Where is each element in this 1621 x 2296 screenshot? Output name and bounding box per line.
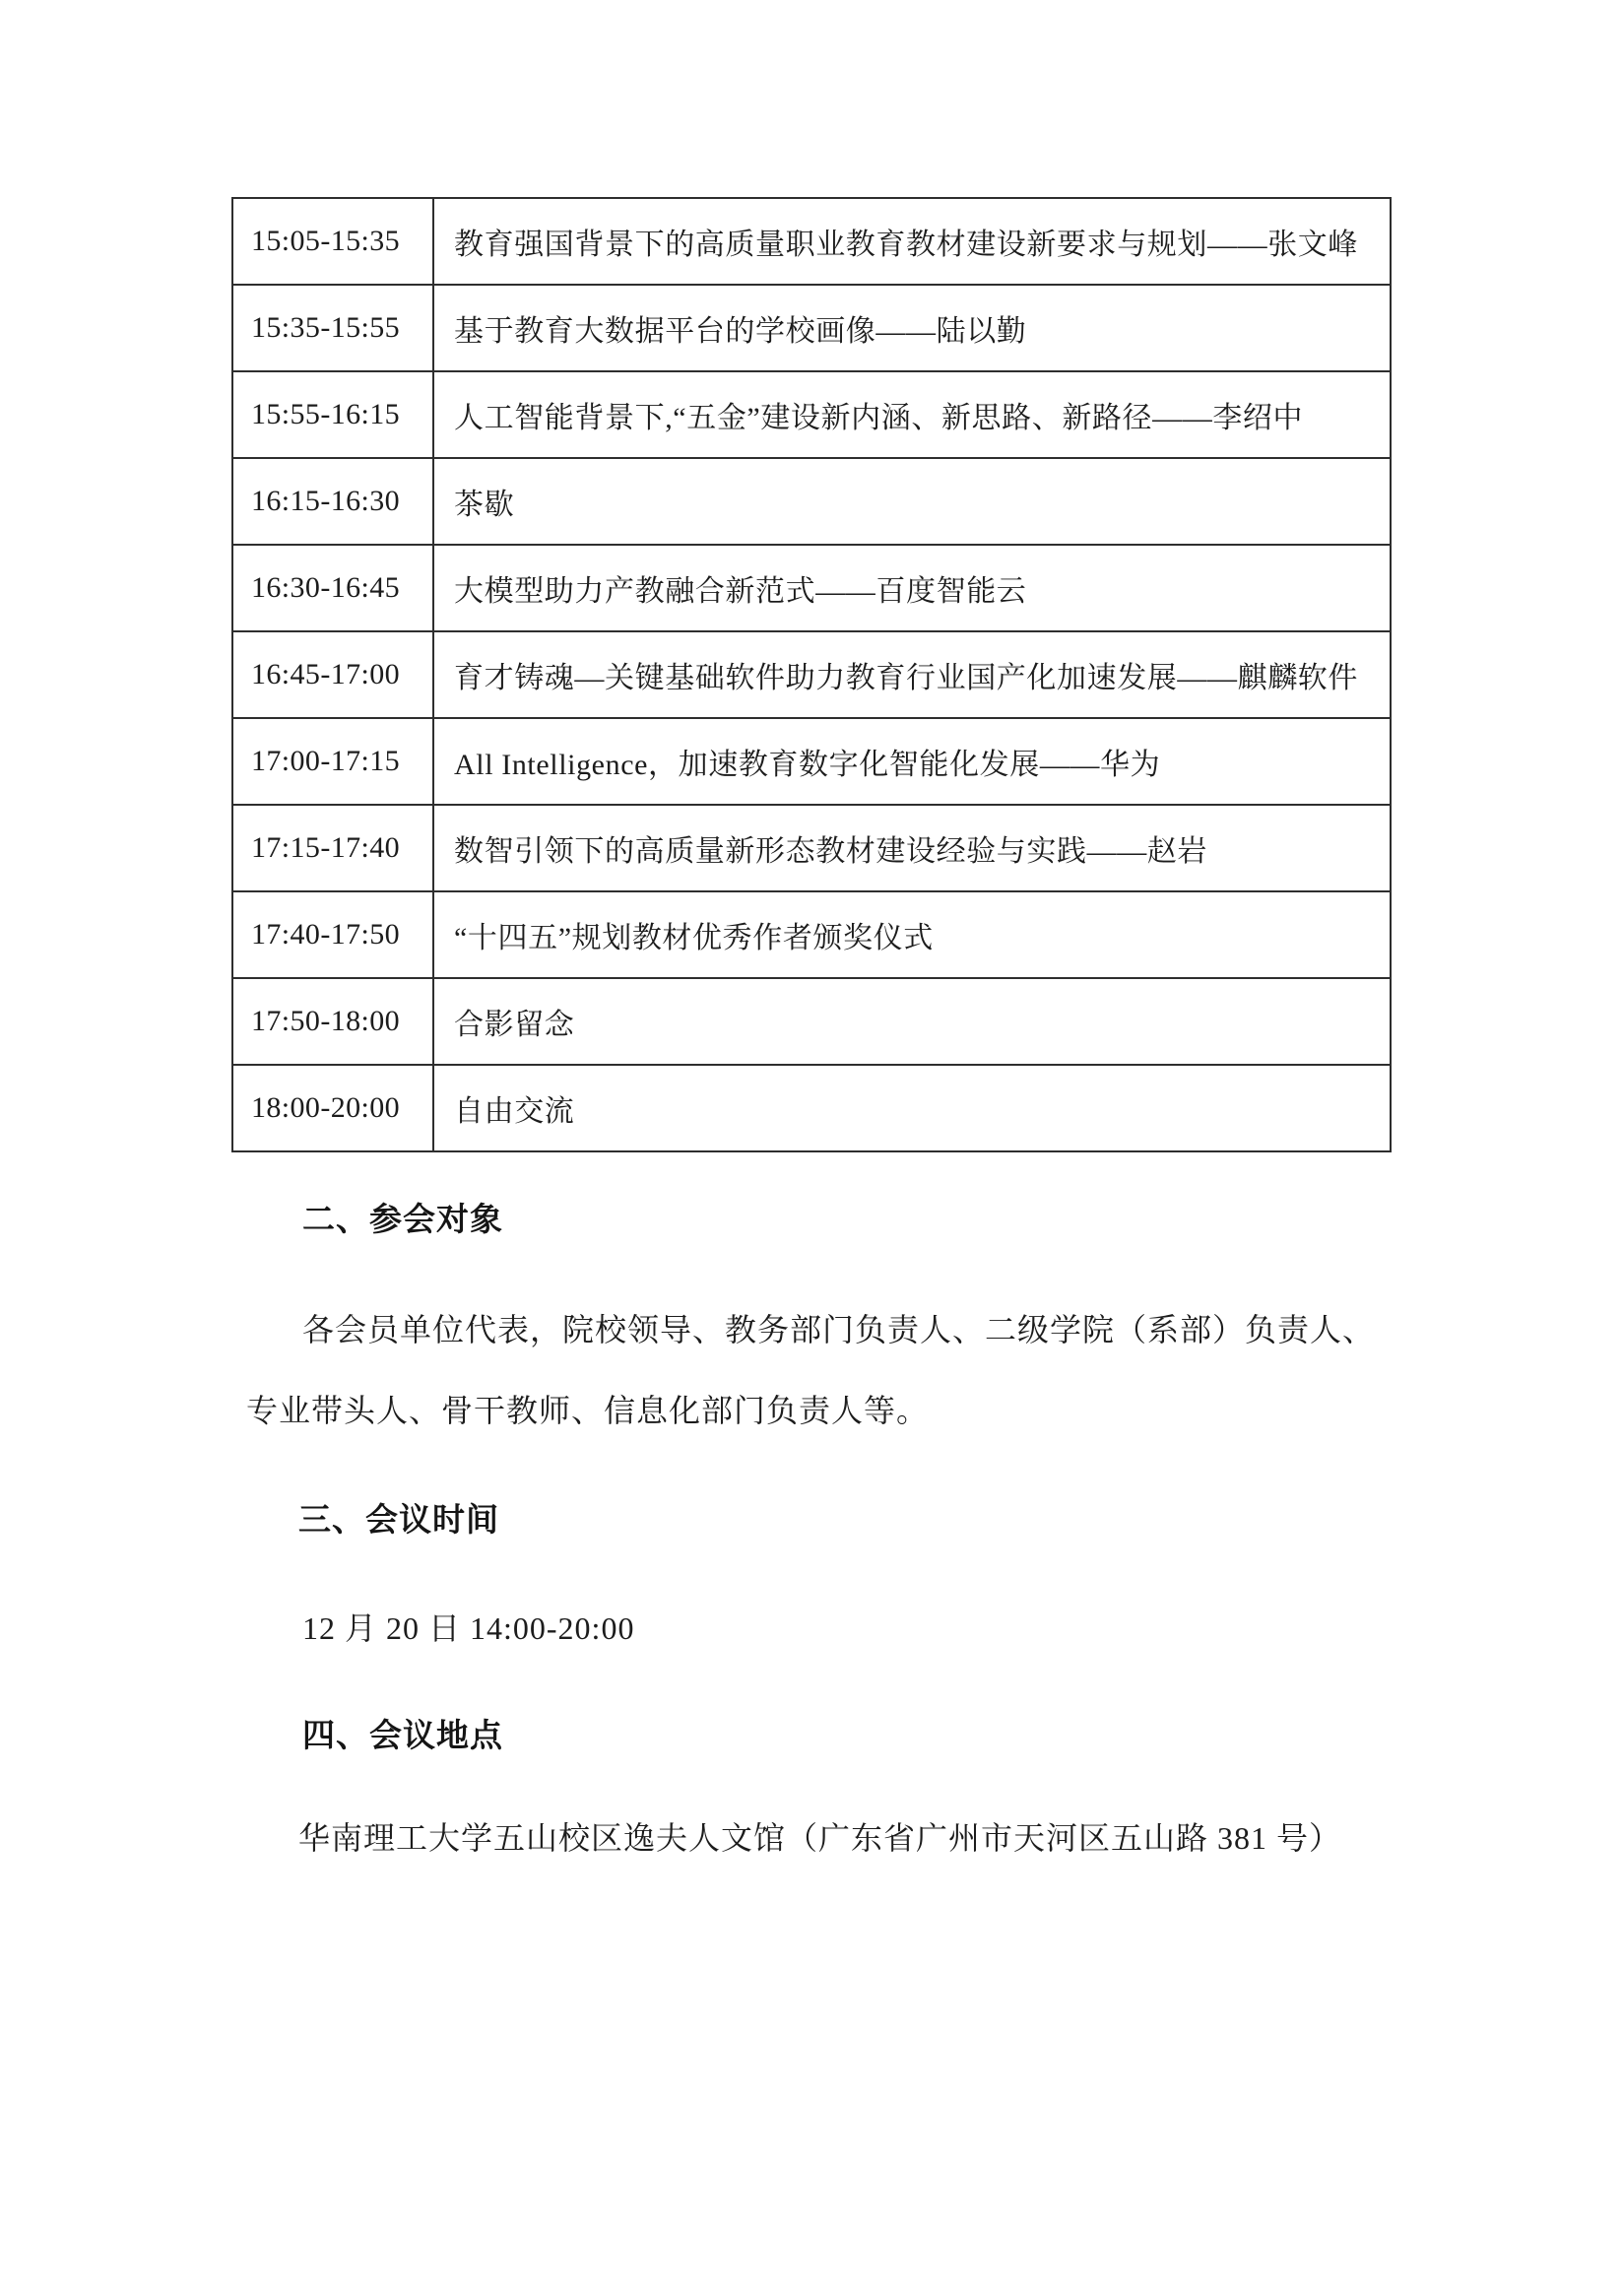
agenda-row: 16:30-16:45 大模型助力产教融合新范式——百度智能云 [232,545,1391,631]
agenda-time-cell: 16:15-16:30 [232,458,433,545]
agenda-topic-cell: 大模型助力产教融合新范式——百度智能云 [433,545,1391,631]
agenda-topic-cell: 育才铸魂—关键基础软件助力教育行业国产化加速发展——麒麟软件 [433,631,1391,718]
document-page: 15:05-15:35 教育强国背景下的高质量职业教育教材建设新要求与规划——张… [0,0,1621,2296]
agenda-row: 16:15-16:30 茶歇 [232,458,1391,545]
meeting-location-line: 华南理工大学五山校区逸夫人文馆（广东省广州市天河区五山路 381 号） [298,1813,1341,1859]
agenda-topic-cell: 基于教育大数据平台的学校画像——陆以勤 [433,285,1391,371]
agenda-row: 18:00-20:00 自由交流 [232,1065,1391,1151]
agenda-time-cell: 16:30-16:45 [232,545,433,631]
agenda-row: 15:35-15:55 基于教育大数据平台的学校画像——陆以勤 [232,285,1391,371]
agenda-time-cell: 16:45-17:00 [232,631,433,718]
attendees-paragraph-line-2: 专业带头人、骨干教师、信息化部门负责人等。 [246,1386,929,1431]
attendees-paragraph-line-1: 各会员单位代表，院校领导、教务部门负责人、二级学院（系部）负责人、 [302,1305,1375,1350]
agenda-time-cell: 18:00-20:00 [232,1065,433,1151]
section-heading-meeting-time: 三、会议时间 [298,1494,499,1541]
agenda-row: 17:15-17:40 数智引领下的高质量新形态教材建设经验与实践——赵岩 [232,805,1391,891]
agenda-topic-cell: 人工智能背景下,“五金”建设新内涵、新思路、新路径——李绍中 [433,371,1391,458]
agenda-topic-cell: “十四五”规划教材优秀作者颁奖仪式 [433,891,1391,978]
agenda-table: 15:05-15:35 教育强国背景下的高质量职业教育教材建设新要求与规划——张… [231,197,1392,1152]
agenda-time-cell: 17:40-17:50 [232,891,433,978]
agenda-row: 15:05-15:35 教育强国背景下的高质量职业教育教材建设新要求与规划——张… [232,198,1391,285]
agenda-time-cell: 15:55-16:15 [232,371,433,458]
agenda-time-cell: 17:15-17:40 [232,805,433,891]
agenda-topic-cell: 合影留念 [433,978,1391,1065]
agenda-topic-cell: 数智引领下的高质量新形态教材建设经验与实践——赵岩 [433,805,1391,891]
section-heading-meeting-location: 四、会议地点 [302,1710,503,1756]
agenda-topic-cell: 教育强国背景下的高质量职业教育教材建设新要求与规划——张文峰 [433,198,1391,285]
meeting-time-line: 12 月 20 日 14:00-20:00 [302,1604,634,1649]
agenda-row: 17:50-18:00 合影留念 [232,978,1391,1065]
section-heading-attendees: 二、参会对象 [302,1194,503,1240]
agenda-row: 17:00-17:15 All Intelligence，加速教育数字化智能化发… [232,718,1391,805]
agenda-topic-cell: 自由交流 [433,1065,1391,1151]
agenda-time-cell: 17:00-17:15 [232,718,433,805]
agenda-row: 16:45-17:00 育才铸魂—关键基础软件助力教育行业国产化加速发展——麒麟… [232,631,1391,718]
agenda-time-cell: 15:05-15:35 [232,198,433,285]
agenda-topic-cell: All Intelligence，加速教育数字化智能化发展——华为 [433,718,1391,805]
agenda-row: 17:40-17:50 “十四五”规划教材优秀作者颁奖仪式 [232,891,1391,978]
agenda-time-cell: 15:35-15:55 [232,285,433,371]
agenda-topic-cell: 茶歇 [433,458,1391,545]
agenda-time-cell: 17:50-18:00 [232,978,433,1065]
agenda-row: 15:55-16:15 人工智能背景下,“五金”建设新内涵、新思路、新路径——李… [232,371,1391,458]
